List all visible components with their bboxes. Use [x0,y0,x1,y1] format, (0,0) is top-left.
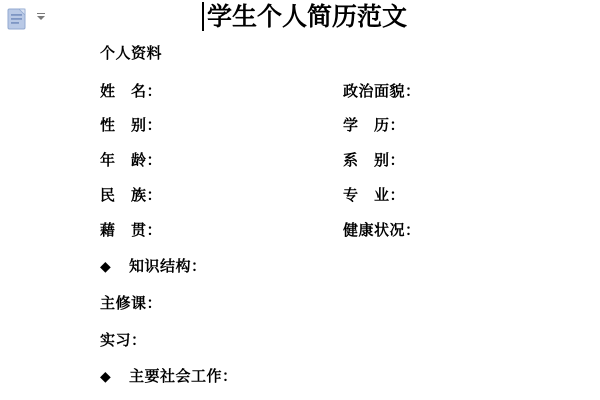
field-native-place-label[interactable]: 藉 贯： [100,222,162,239]
word-processor-window: 学生个人简历范文 个人资料 姓 名： 政治面貌： 性 别： 学 历： 年 龄： … [0,0,600,400]
section-heading-personal-info[interactable]: 个人资料 [100,45,162,62]
field-department-label[interactable]: 系 别： [343,152,405,169]
field-major-label[interactable]: 专 业： [343,187,405,204]
diamond-bullet-icon: ◆ [100,259,111,276]
field-ethnicity-label[interactable]: 民 族： [100,187,162,204]
line-major-courses[interactable]: 主修课： [100,295,162,312]
outline-main-social-work[interactable]: ◆ 主要社会工作： [100,368,238,386]
diamond-bullet-icon: ◆ [100,369,111,386]
document-page[interactable]: 学生个人简历范文 个人资料 姓 名： 政治面貌： 性 别： 学 历： 年 龄： … [0,0,600,400]
title-line: 学生个人简历范文 [202,2,407,31]
field-health-label[interactable]: 健康状况： [343,222,421,239]
field-political-status-label[interactable]: 政治面貌： [343,83,421,100]
outline-item-label: 主要社会工作： [129,368,238,385]
field-education-label[interactable]: 学 历： [343,117,405,134]
field-age-label[interactable]: 年 龄： [100,152,162,169]
page-title[interactable]: 学生个人简历范文 [207,2,407,31]
field-name-label[interactable]: 姓 名： [100,83,162,100]
text-cursor [202,2,204,31]
line-internship[interactable]: 实习： [100,332,147,349]
outline-item-label: 知识结构： [129,258,207,275]
outline-knowledge-structure[interactable]: ◆ 知识结构： [100,258,207,276]
field-gender-label[interactable]: 性 别： [100,117,162,134]
